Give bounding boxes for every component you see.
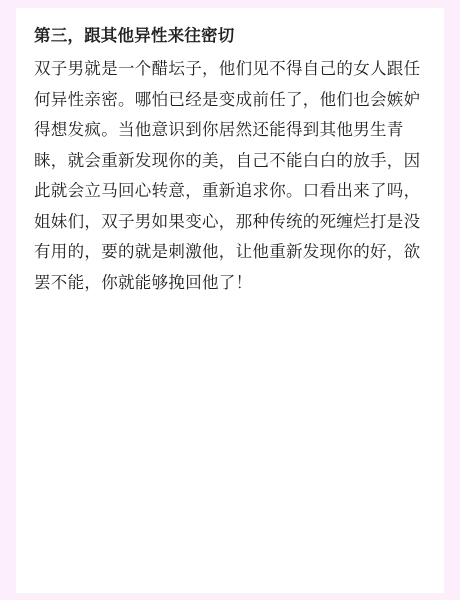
- article-card: 第三，跟其他异性来往密切 双子男就是一个醋坛子，他们见不得自己的女人跟任何异性亲…: [16, 8, 444, 593]
- article-paragraph: 双子男就是一个醋坛子，他们见不得自己的女人跟任何异性亲密。哪怕已经是变成前任了，…: [34, 54, 422, 298]
- section-heading: 第三，跟其他异性来往密切: [34, 24, 426, 48]
